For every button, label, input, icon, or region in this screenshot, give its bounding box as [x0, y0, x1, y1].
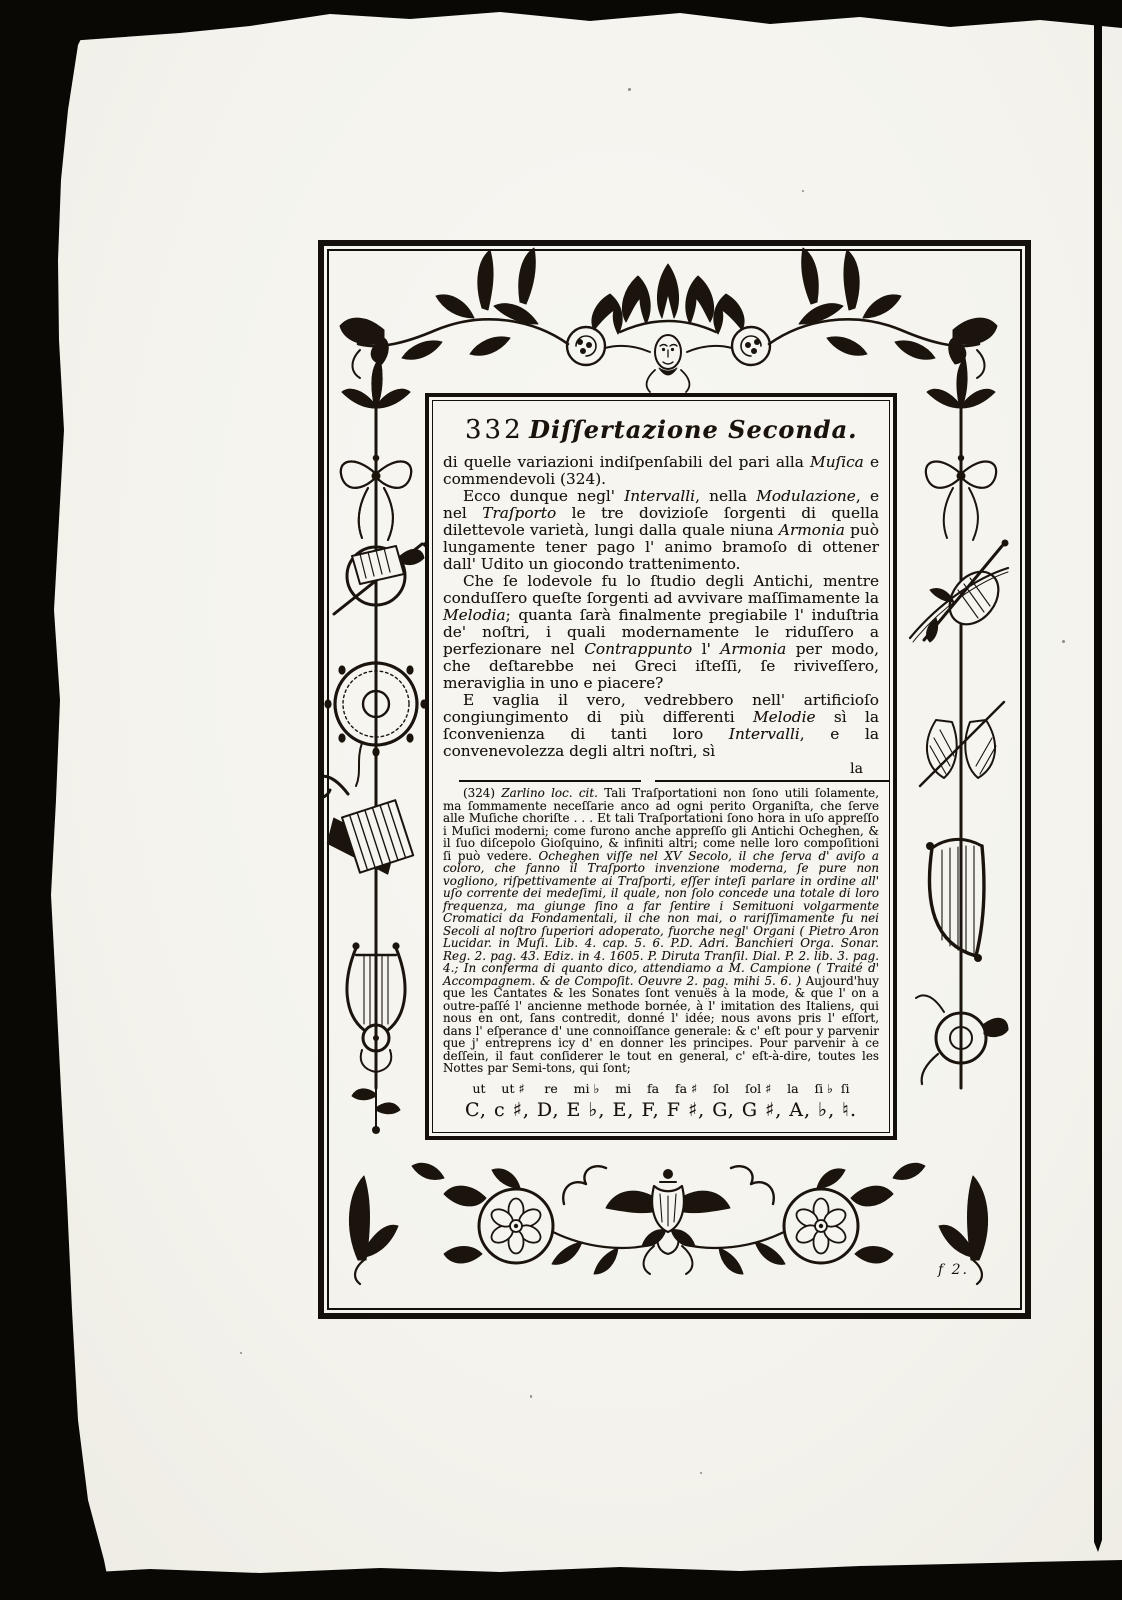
body-paragraphs: di quelle variazioni indiſpenſabili del …	[443, 454, 879, 760]
mask-face-icon	[592, 264, 744, 392]
crook-icon	[324, 776, 348, 797]
text-panel-inner: 332 Diſſertazione Seconda. di quelle var…	[432, 400, 890, 1133]
paragraph: di quelle variazioni indiſpenſabili del …	[443, 454, 879, 488]
note-letters-row: C, c ♯, D, E ♭, E, F, F ♯, G, G ♯, A, ♭,…	[443, 1098, 879, 1122]
scan-speck	[628, 88, 631, 91]
ornamental-frame: 332 Diſſertazione Seconda. di quelle var…	[318, 240, 1031, 1319]
footnote: (324) Zarlino loc. cit. Tali Traſportati…	[443, 787, 879, 1075]
scan-edge-left	[0, 0, 112, 1600]
solfa-row: ut ut ♯ re mi ♭ mi fa fa ♯ ſol ſol ♯ la …	[443, 1082, 879, 1096]
footnote-rule	[443, 780, 879, 783]
scan-edge-bottom	[0, 1560, 1122, 1600]
scan-edge-right	[1094, 0, 1102, 1552]
floral-scroll-icon	[349, 1163, 666, 1284]
scan-speck	[1062, 640, 1065, 643]
footnote-rule-segment	[655, 780, 890, 782]
right-instrument-trophy	[910, 358, 1009, 1088]
scan-speck	[240, 1352, 242, 1354]
page-title: Diſſertazione Seconda.	[524, 415, 873, 444]
footnote-rule-segment	[459, 780, 641, 782]
catchword: la	[443, 761, 863, 777]
rosette-flower-icon	[488, 1199, 543, 1254]
viol-and-bow-icon	[910, 540, 1009, 643]
solmization-table: ut ut ♯ re mi ♭ mi fa fa ♯ ſol ſol ♯ la …	[443, 1082, 879, 1122]
page-number: 332	[465, 415, 524, 445]
paragraph: E vaglia il vero, vedrebbero nell' artif…	[443, 692, 879, 760]
scan-speck	[530, 1395, 532, 1398]
page-header: 332 Diſſertazione Seconda.	[465, 415, 873, 445]
closing-paragraph: Par cet arrangement, il y a douze Semi-t…	[443, 1131, 879, 1134]
scanned-page: 332 Diſſertazione Seconda. di quelle var…	[0, 0, 1122, 1600]
scan-edge-top	[0, 0, 1122, 44]
pan-pipes-icon	[324, 798, 416, 889]
urn-finial-icon	[606, 1169, 730, 1274]
signature-mark: f 2.	[938, 1262, 969, 1278]
flower-sprig-icon	[352, 1072, 400, 1134]
scan-speck	[802, 190, 804, 192]
text-panel: 332 Diſſertazione Seconda. di quelle var…	[425, 393, 897, 1140]
scan-speck	[700, 1472, 702, 1474]
harp-icon	[926, 839, 984, 962]
paragraph: Ecco dunque negl' Intervalli, nella Modu…	[443, 488, 879, 573]
paragraph: Che ſe lodevole fu lo ſtudio degli Antic…	[443, 573, 879, 692]
